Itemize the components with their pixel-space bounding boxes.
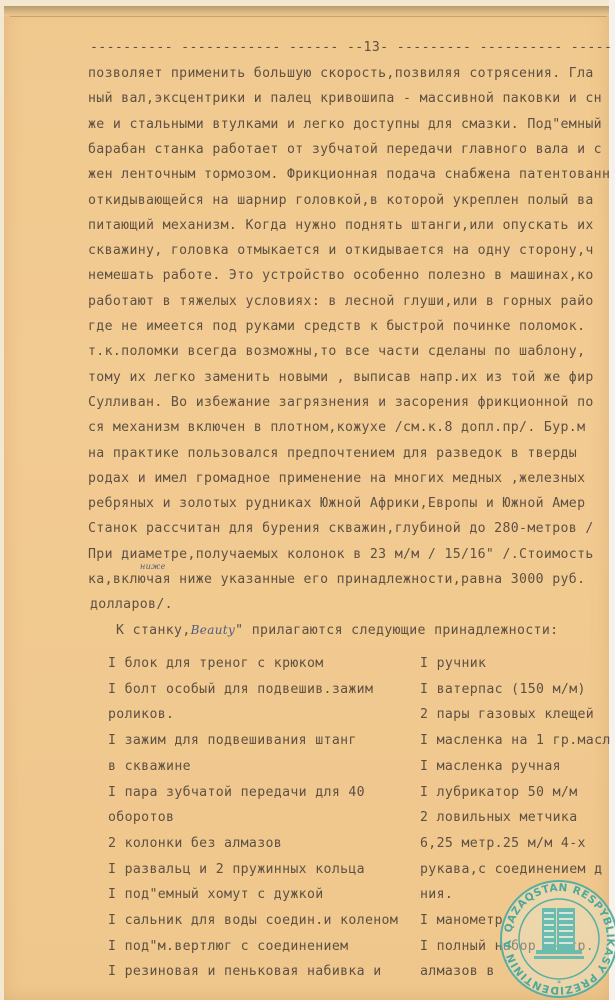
text-line: на практике пользовался предпочтением дл… — [88, 446, 577, 461]
accessory-item: I болт особый для подвешив.зажим — [108, 682, 373, 697]
text-line: работают в тяжелых условиях: в лесной гл… — [88, 294, 594, 309]
text-line: долларов/. — [90, 597, 173, 612]
accessory-item: I сальник для воды соедин.и коленом — [108, 913, 398, 928]
accessory-item: 2 пары газовых клещей — [420, 707, 594, 722]
text-line: где не имеется под руками средств к быст… — [88, 319, 585, 334]
accessory-item: I зажим для подвешивания штанг — [108, 733, 357, 748]
accessory-item: I масленка ручная — [420, 759, 561, 774]
accessory-item: I ручник — [420, 656, 486, 671]
text-line: родах и имел громадное применение на мно… — [88, 471, 585, 486]
accessory-item: в скважине — [108, 759, 191, 774]
svg-text:*: * — [557, 979, 562, 988]
accessory-item: оборотов — [108, 810, 174, 825]
text-line: При диаметре,получаемых колонок в 23 м/м… — [88, 547, 594, 562]
accessory-item: ния. — [420, 887, 453, 902]
accessory-item: I манометр — [420, 913, 503, 928]
accessory-item: I резиновая и пеньковая набивка и — [108, 964, 382, 979]
accessory-item: 6,25 метр.25 м/м 4-х — [420, 836, 586, 851]
text-line: тому их легко заменить новыми , выписав … — [88, 370, 594, 385]
accessory-item: I ватерпас (150 м/м) — [420, 682, 586, 697]
accessory-item: I под"м.вертлюг с соединением — [108, 939, 348, 954]
accessory-item: I развальц и 2 пружинных кольца — [108, 862, 365, 877]
header-dashes: ---------- ------------ ------ --13- ---… — [90, 40, 610, 54]
accessory-item: алмазов в — [420, 964, 495, 979]
text-line: т.к.поломки всегда возможны,то все части… — [88, 344, 585, 359]
text-line: ся механизм включен в плотном,кожухе /см… — [88, 420, 585, 435]
page-top-rule — [10, 16, 607, 17]
accessories-intro: К станку,Beauty" прилагаются следующие п… — [116, 623, 558, 638]
text-line: же и стальными втулками и легко доступны… — [88, 117, 602, 132]
accessory-item: роликов. — [108, 707, 174, 722]
accessories-left-column: I блок для треног с крюкомI болт особый … — [108, 656, 418, 1000]
text-line: Сулливан. Во избежание загрязнения и зас… — [88, 395, 594, 410]
accessory-item: 2 ловильных метчика — [420, 810, 578, 825]
text-line: откидывающейся на шарнир головкой,в кото… — [88, 193, 594, 208]
handwritten-machine-name: Beauty — [191, 623, 236, 637]
page-top-edge — [4, 6, 609, 16]
archive-stamp-icon: QAZAQSTAN RESPÝBLIKASY PREZIDENTINIŃ ARH… — [498, 878, 615, 1000]
text-line: немешать работе. Это устройство особенно… — [88, 268, 594, 283]
text-line: ный вал,эксцентрики и палец кривошипа - … — [88, 91, 602, 106]
handwritten-insert: ниже — [140, 562, 166, 571]
accessory-item: рукава,с соединением д — [420, 862, 602, 877]
accessory-item: I блок для треног с крюком — [108, 656, 324, 671]
text-line: ребряных и золотых рудниках Южной Африки… — [88, 496, 585, 511]
document-body: позволяет применить большую скорость,поз… — [88, 66, 613, 646]
text-line: ка,включая ниже указанные его принадлежн… — [88, 572, 585, 587]
text-line: Станок рассчитан для бурения скважин,глу… — [88, 521, 594, 536]
text-line: барабан станка работает от зубчатой пере… — [88, 142, 602, 157]
accessory-item: I лубрикатор 50 м/м — [420, 785, 578, 800]
text-line: скважину, головка отмыкается и откидывае… — [88, 243, 594, 258]
accessory-item: I масленка на 1 гр.масл — [420, 733, 610, 748]
text-line: позволяет применить большую скорость,поз… — [88, 66, 594, 81]
text-line: жен ленточным тормозом. Фрикционная пода… — [88, 167, 610, 182]
text-line: питающий механизм. Когда нужно поднять ш… — [88, 218, 594, 233]
accessory-item: I пара зубчатой передачи для 40 — [108, 785, 365, 800]
accessory-item: I под"емный хомут с дужкой — [108, 887, 324, 902]
accessory-item: 2 колонки без алмазов — [108, 836, 282, 851]
